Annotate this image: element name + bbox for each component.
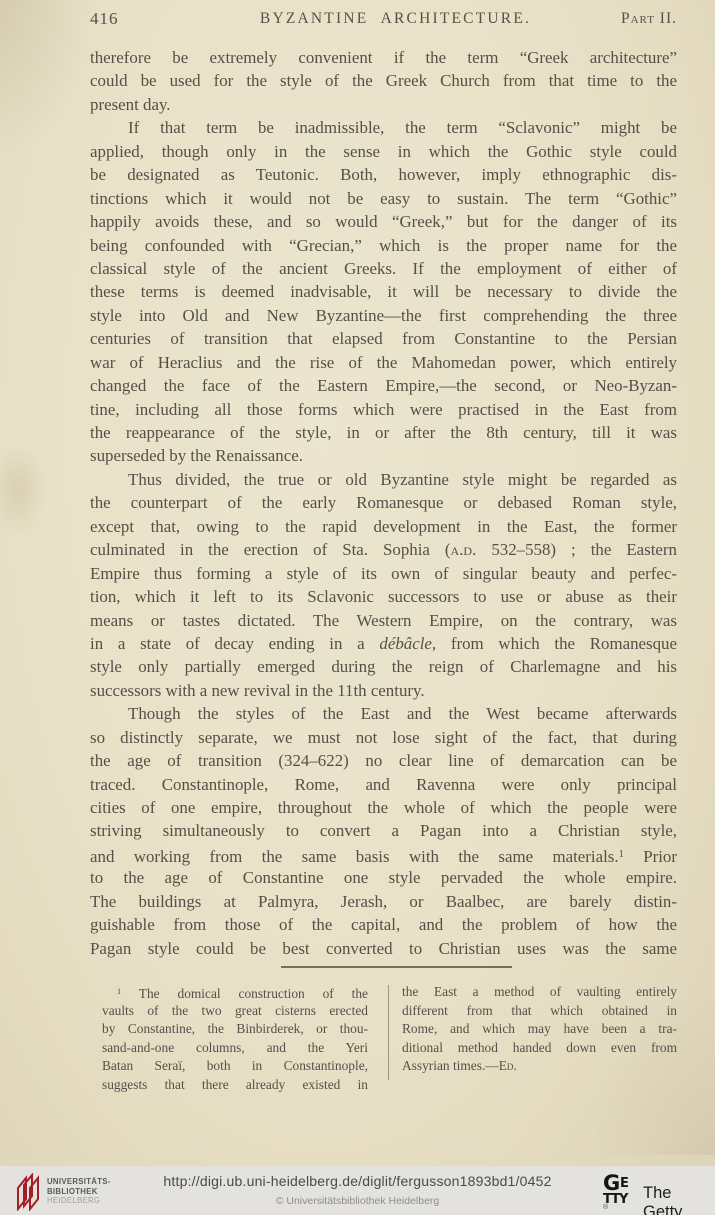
- text-segment: the counterpart of the early Romanesque …: [90, 493, 677, 512]
- text-line: vaults of the two great cisterns erected: [102, 1002, 368, 1021]
- text-segment: applied, though only in the sense in whi…: [90, 142, 677, 161]
- text-line: classical style of the ancient Greeks. I…: [90, 257, 677, 280]
- text-segment: tine, including all those forms which we…: [90, 400, 677, 419]
- text-segment: could be used for the style of the Greek…: [90, 71, 677, 90]
- text-segment: guishable from those of the capital, and…: [90, 915, 677, 934]
- text-segment: war of Heraclius and the rise of the Mah…: [90, 353, 677, 372]
- text-line: the counterpart of the early Romanesque …: [90, 491, 677, 514]
- text-segment: so distinctly separate, we must not lose…: [90, 728, 677, 747]
- text-segment: Assyrian times.—: [402, 1058, 499, 1073]
- text-line: by Constantine, the Binbirderek, or thou…: [102, 1020, 368, 1039]
- text-segment: Prior: [624, 847, 677, 866]
- text-line: successors with a new revival in the 11t…: [90, 679, 677, 702]
- text-segment: except that, owing to the rapid developm…: [90, 517, 677, 536]
- text-line: the age of transition (324–622) no clear…: [90, 749, 677, 772]
- text-segment: Empire thus forming a style of its own o…: [90, 564, 677, 583]
- text-line: changed the face of the Eastern Empire,—…: [90, 374, 677, 397]
- text-segment: Pagan style could be best converted to C…: [90, 939, 677, 958]
- text-line: culminated in the erection of Sta. Sophi…: [90, 538, 677, 561]
- text-line: sand-and-one columns, and the Yeri: [102, 1039, 368, 1058]
- part-label: Part II.: [621, 10, 677, 28]
- text-line: means or tastes dictated. The Western Em…: [90, 609, 677, 632]
- text-segment: débâcle: [379, 634, 432, 653]
- text-segment: the age of transition (324–622) no clear…: [90, 751, 677, 770]
- text-line: in a state of decay ending in a débâcle,…: [90, 632, 677, 655]
- text-segment: means or tastes dictated. The Western Em…: [90, 611, 677, 630]
- text-segment: in a state of decay ending in a: [90, 634, 379, 653]
- svg-text:TTY: TTY: [603, 1192, 629, 1204]
- text-line: except that, owing to the rapid developm…: [90, 515, 677, 538]
- text-segment: being confounded with “Grecian,” which i…: [90, 236, 677, 255]
- text-line: to the age of Constantine one style perv…: [90, 866, 677, 889]
- getty-label: The Getty: [643, 1184, 715, 1215]
- text-line: happily avoids these, and so would “Gree…: [90, 210, 677, 233]
- text-segment: the East a method of vaulting entirely: [402, 984, 677, 999]
- text-line: tion, which it left to its Sclavonic suc…: [90, 585, 677, 608]
- text-segment: 532–558) ; the Eastern: [476, 540, 677, 559]
- text-line: superseded by the Renaissance.: [90, 444, 677, 467]
- text-segment: Thus divided, the true or old Byzantine …: [128, 470, 677, 489]
- text-line: Assyrian times.—Ed.: [402, 1057, 677, 1076]
- text-line: Pagan style could be best converted to C…: [90, 937, 677, 960]
- text-segment: cities of one empire, throughout the who…: [90, 798, 677, 817]
- text-segment: the reappearance of the style, in or aft…: [90, 423, 677, 442]
- footnote-left-column: 1 The domical construction of thevaults …: [102, 983, 368, 1095]
- text-segment: sand-and-one columns, and the Yeri: [102, 1040, 368, 1055]
- text-line: Batan Seraï, both in Constantinople,: [102, 1057, 368, 1076]
- footnote-column-divider: [388, 985, 389, 1080]
- text-segment: Rome, and which may have been a tra-: [402, 1021, 677, 1036]
- text-segment: superseded by the Renaissance.: [90, 446, 303, 465]
- footnote-separator: [281, 966, 512, 968]
- text-segment: successors with a new revival in the 11t…: [90, 681, 425, 700]
- text-line: ditional method handed down even from: [402, 1039, 677, 1058]
- digitization-footer: UNIVERSITÄTS- BIBLIOTHEK HEIDELBERG http…: [0, 1166, 715, 1215]
- text-segment: tinctions which it would not be easy to …: [90, 189, 677, 208]
- text-segment: different from that which obtained in: [402, 1003, 677, 1018]
- text-line: so distinctly separate, we must not lose…: [90, 726, 677, 749]
- text-line: these terms is deemed inadvisable, it wi…: [90, 280, 677, 303]
- text-segment: tion, which it left to its Sclavonic suc…: [90, 587, 677, 606]
- text-line: being confounded with “Grecian,” which i…: [90, 234, 677, 257]
- body-text: therefore be extremely convenient if the…: [90, 46, 677, 960]
- text-line: The buildings at Palmyra, Jerash, or Baa…: [90, 890, 677, 913]
- text-segment: be designated as Teutonic. Both, however…: [90, 165, 677, 184]
- text-line: If that term be inadmissible, the term “…: [90, 116, 677, 139]
- text-line: guishable from those of the capital, and…: [90, 913, 677, 936]
- text-line: 1 The domical construction of the: [102, 983, 368, 1002]
- text-segment: by Constantine, the Binbirderek, or thou…: [102, 1021, 368, 1036]
- text-line: striving simultaneously to convert a Pag…: [90, 819, 677, 842]
- text-line: the East a method of vaulting entirely: [402, 983, 677, 1002]
- text-line: Rome, and which may have been a tra-: [402, 1020, 677, 1039]
- text-segment: these terms is deemed inadvisable, it wi…: [90, 282, 677, 301]
- text-segment: style into Old and New Byzantine—the fir…: [90, 306, 677, 325]
- text-segment: classical style of the ancient Greeks. I…: [90, 259, 677, 278]
- text-segment: , from which the Romanesque: [432, 634, 677, 653]
- paper-stain: [0, 445, 46, 535]
- text-segment: Though the styles of the East and the We…: [128, 704, 677, 723]
- text-line: therefore be extremely convenient if the…: [90, 46, 677, 69]
- text-segment: therefore be extremely convenient if the…: [90, 48, 677, 67]
- text-segment: to the age of Constantine one style perv…: [90, 868, 677, 887]
- text-line: and working from the same basis with the…: [90, 843, 677, 866]
- text-line: Thus divided, the true or old Byzantine …: [90, 468, 677, 491]
- svg-text:E: E: [620, 1176, 629, 1191]
- getty-logo-icon: G E TTY: [603, 1172, 635, 1204]
- text-line: different from that which obtained in: [402, 1002, 677, 1021]
- text-segment: The domical construction of the: [121, 986, 368, 1001]
- text-segment: Batan Seraï, both in Constantinople,: [102, 1058, 368, 1073]
- text-segment: culminated in the erection of Sta. Sophi…: [90, 540, 451, 559]
- text-segment: The buildings at Palmyra, Jerash, or Baa…: [90, 892, 677, 911]
- text-segment: and working from the same basis with the…: [90, 847, 619, 866]
- text-line: present day.: [90, 93, 677, 116]
- page-header: 416 BYZANTINE ARCHITECTURE. Part II.: [0, 9, 715, 33]
- text-line: applied, though only in the sense in whi…: [90, 140, 677, 163]
- text-line: cities of one empire, throughout the who…: [90, 796, 677, 819]
- text-segment: ditional method handed down even from: [402, 1040, 677, 1055]
- text-segment: vaults of the two great cisterns erected: [102, 1003, 368, 1018]
- text-segment: traced. Constantinople, Rome, and Ravenn…: [90, 775, 677, 794]
- text-segment: centuries of transition that elapsed fro…: [90, 329, 677, 348]
- footnote-right-column: the East a method of vaulting entirelydi…: [402, 983, 677, 1076]
- registered-mark: ®: [603, 1204, 608, 1211]
- text-line: tine, including all those forms which we…: [90, 398, 677, 421]
- text-line: could be used for the style of the Greek…: [90, 69, 677, 92]
- text-line: tinctions which it would not be easy to …: [90, 187, 677, 210]
- text-segment: style only partially emerged during the …: [90, 657, 677, 676]
- text-line: the reappearance of the style, in or aft…: [90, 421, 677, 444]
- text-segment: striving simultaneously to convert a Pag…: [90, 821, 677, 840]
- text-segment: changed the face of the Eastern Empire,—…: [90, 376, 677, 395]
- running-title: BYZANTINE ARCHITECTURE.: [76, 10, 715, 28]
- text-line: war of Heraclius and the rise of the Mah…: [90, 351, 677, 374]
- text-line: traced. Constantinople, Rome, and Ravenn…: [90, 773, 677, 796]
- text-segment: happily avoids these, and so would “Gree…: [90, 212, 677, 231]
- text-segment: a.d.: [451, 540, 477, 559]
- text-line: Empire thus forming a style of its own o…: [90, 562, 677, 585]
- text-line: suggests that there already existed in: [102, 1076, 368, 1095]
- text-segment: Ed.: [499, 1058, 517, 1073]
- scanned-book-page: 416 BYZANTINE ARCHITECTURE. Part II. the…: [0, 0, 715, 1215]
- text-line: style into Old and New Byzantine—the fir…: [90, 304, 677, 327]
- text-segment: suggests that there already existed in: [102, 1077, 368, 1092]
- text-segment: If that term be inadmissible, the term “…: [128, 118, 677, 137]
- text-segment: present day.: [90, 95, 171, 114]
- text-line: Though the styles of the East and the We…: [90, 702, 677, 725]
- text-line: style only partially emerged during the …: [90, 655, 677, 678]
- text-line: be designated as Teutonic. Both, however…: [90, 163, 677, 186]
- text-line: centuries of transition that elapsed fro…: [90, 327, 677, 350]
